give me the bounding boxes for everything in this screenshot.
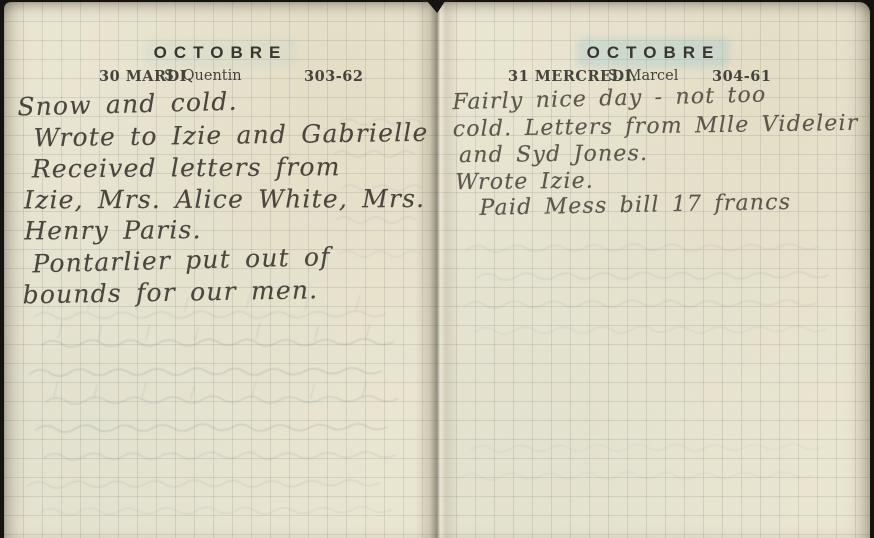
right-page: OCTOBRE 31 MERCREDI. S. Marcel 304-61 Fa… xyxy=(437,2,870,538)
book-spread: OCTOBRE 30 MARDI. S. Quentin 303-62 Snow… xyxy=(4,2,870,538)
diary-entry-line: Wrote to Izie and Gabrielle xyxy=(33,117,429,154)
date-row: 31 MERCREDI. S. Marcel 304-61 xyxy=(437,68,870,88)
month-header: OCTOBRE xyxy=(581,42,727,64)
diary-entry-line: Received letters from xyxy=(32,151,430,185)
diary-scan: OCTOBRE 30 MARDI. S. Quentin 303-62 Snow… xyxy=(0,0,874,538)
diary-entry-line: bounds for our men. xyxy=(22,272,430,310)
month-header-row: OCTOBRE xyxy=(4,42,437,64)
date-row: 30 MARDI. S. Quentin 303-62 xyxy=(4,68,437,88)
day-number: 30 xyxy=(99,68,120,85)
diary-entry: Snow and cold. Wrote to Izie and Gabriel… xyxy=(15,89,431,311)
day-number: 31 xyxy=(508,68,529,85)
month-header: OCTOBRE xyxy=(148,42,294,64)
day-of-year-count: 303-62 xyxy=(304,68,363,85)
day-of-year-count: 304-61 xyxy=(712,68,771,85)
diary-entry-line: Izie, Mrs. Alice White, Mrs. xyxy=(24,183,430,215)
diary-entry: Fairly nice day - not too cold. Letters … xyxy=(452,86,863,223)
diary-entry-line: and Syd Jones. xyxy=(459,139,863,170)
saint-name: S. Marcel xyxy=(608,68,678,84)
saint-name: S. Quentin xyxy=(164,68,242,84)
left-page: OCTOBRE 30 MARDI. S. Quentin 303-62 Snow… xyxy=(4,2,437,538)
month-header-row: OCTOBRE xyxy=(437,42,870,64)
